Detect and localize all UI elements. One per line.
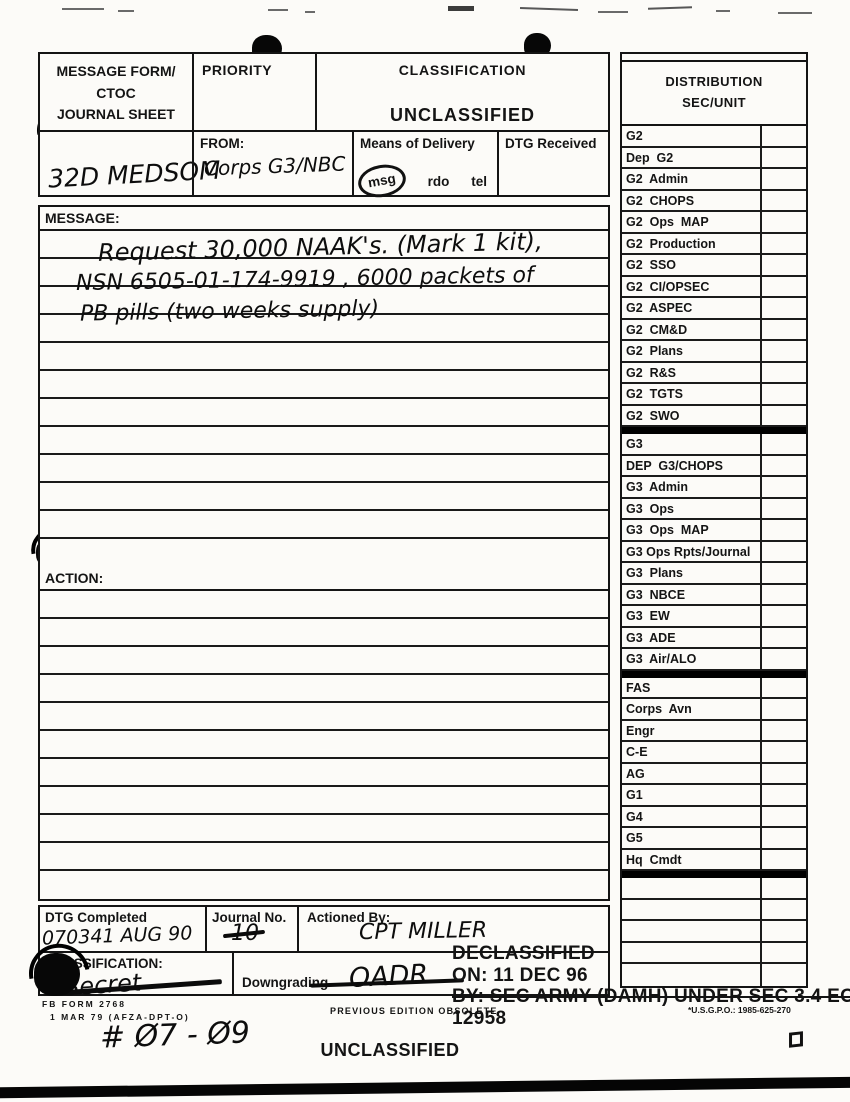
distribution-row: Engr bbox=[622, 721, 806, 743]
distribution-unit-label: Dep G2 bbox=[622, 148, 762, 168]
means-option-tel: tel bbox=[471, 174, 487, 189]
ruled-line bbox=[40, 731, 608, 759]
distribution-row: G2 SWO bbox=[622, 406, 806, 428]
distribution-check-cell bbox=[762, 878, 806, 898]
distribution-check-cell bbox=[762, 678, 806, 698]
distribution-check-cell bbox=[762, 563, 806, 583]
ruled-line bbox=[40, 703, 608, 731]
distribution-check-cell bbox=[762, 434, 806, 454]
ruled-line bbox=[40, 675, 608, 703]
classification-field: CLASSIFICATION UNCLASSIFIED bbox=[315, 54, 608, 130]
form-number-line1: FB FORM 2768 bbox=[42, 998, 190, 1011]
ruled-line bbox=[40, 871, 608, 899]
distribution-row: G3 Admin bbox=[622, 477, 806, 499]
distribution-row: G3 NBCE bbox=[622, 585, 806, 607]
distribution-rows: G2Dep G2G2 AdminG2 CHOPSG2 Ops MAPG2 Pro… bbox=[622, 126, 806, 986]
distribution-check-cell bbox=[762, 320, 806, 340]
bottom-unclassified-marking: UNCLASSIFIED bbox=[230, 1040, 550, 1061]
distribution-group-divider bbox=[622, 671, 806, 678]
classification-label: CLASSIFICATION bbox=[399, 62, 527, 78]
scan-noise bbox=[118, 10, 134, 12]
distribution-row: G2 bbox=[622, 126, 806, 148]
scan-noise bbox=[268, 9, 288, 11]
distribution-check-cell bbox=[762, 900, 806, 920]
ruled-line bbox=[40, 539, 608, 567]
priority-field: PRIORITY bbox=[192, 54, 315, 130]
distribution-row: Hq Cmdt bbox=[622, 850, 806, 872]
distribution-check-cell bbox=[762, 384, 806, 404]
flag-mark bbox=[789, 1031, 803, 1048]
distribution-row: AG bbox=[622, 764, 806, 786]
form-header-table: MESSAGE FORM/ CTOC JOURNAL SHEET PRIORIT… bbox=[38, 52, 610, 197]
distribution-unit-label: G3 Ops MAP bbox=[622, 520, 762, 540]
distribution-row: G3 bbox=[622, 434, 806, 456]
action-label: ACTION: bbox=[40, 567, 608, 591]
scan-noise bbox=[598, 11, 628, 13]
distribution-row: G2 R&S bbox=[622, 363, 806, 385]
distribution-row bbox=[622, 921, 806, 943]
distribution-row: G3 Ops bbox=[622, 499, 806, 521]
scanned-message-form-page: MESSAGE FORM/ CTOC JOURNAL SHEET PRIORIT… bbox=[0, 0, 850, 1102]
distribution-check-cell bbox=[762, 628, 806, 648]
distribution-unit-label: DEP G3/CHOPS bbox=[622, 456, 762, 476]
distribution-unit-label: G2 R&S bbox=[622, 363, 762, 383]
ruled-line bbox=[40, 787, 608, 815]
ruled-line bbox=[40, 591, 608, 619]
distribution-row: G3 Air/ALO bbox=[622, 649, 806, 671]
distribution-check-cell bbox=[762, 277, 806, 297]
distribution-check-cell bbox=[762, 649, 806, 669]
distribution-unit-label: G2 CM&D bbox=[622, 320, 762, 340]
distribution-unit-label: G3 Plans bbox=[622, 563, 762, 583]
distribution-unit-label: G5 bbox=[622, 828, 762, 848]
distribution-row: Corps Avn bbox=[622, 699, 806, 721]
ruled-line bbox=[40, 759, 608, 787]
distribution-unit-label: FAS bbox=[622, 678, 762, 698]
scan-noise bbox=[62, 8, 104, 10]
distribution-row: G2 Admin bbox=[622, 169, 806, 191]
distribution-unit-label: G3 Ops bbox=[622, 499, 762, 519]
distribution-group-divider bbox=[622, 427, 806, 434]
distribution-check-cell bbox=[762, 499, 806, 519]
distribution-check-cell bbox=[762, 341, 806, 361]
means-of-delivery-label: Means of Delivery bbox=[360, 136, 491, 151]
distribution-unit-label: G2 Plans bbox=[622, 341, 762, 361]
from-label: FROM: bbox=[200, 136, 352, 151]
distribution-check-cell bbox=[762, 585, 806, 605]
from-field: FROM: Corps G3/NBC bbox=[192, 132, 352, 195]
means-option-msg-circled: msg bbox=[356, 161, 409, 201]
distribution-check-cell bbox=[762, 921, 806, 941]
distribution-row: G4 bbox=[622, 807, 806, 829]
distribution-check-cell bbox=[762, 169, 806, 189]
distribution-check-cell bbox=[762, 807, 806, 827]
distribution-check-cell bbox=[762, 477, 806, 497]
scan-noise bbox=[778, 12, 812, 14]
form-title: MESSAGE FORM/ CTOC JOURNAL SHEET bbox=[40, 54, 192, 130]
distribution-row: G3 ADE bbox=[622, 628, 806, 650]
distribution-row: G1 bbox=[622, 785, 806, 807]
distribution-row: G2 ASPEC bbox=[622, 298, 806, 320]
originating-unit-cell: 32D MEDSOM bbox=[40, 132, 192, 195]
ruled-line bbox=[40, 427, 608, 455]
distribution-unit-label: G2 Ops MAP bbox=[622, 212, 762, 232]
distribution-check-cell bbox=[762, 542, 806, 562]
distribution-check-cell bbox=[762, 406, 806, 426]
distribution-unit-label bbox=[622, 921, 762, 941]
distribution-check-cell bbox=[762, 785, 806, 805]
distribution-check-cell bbox=[762, 742, 806, 762]
distribution-row: G2 Plans bbox=[622, 341, 806, 363]
ruled-line bbox=[40, 343, 608, 371]
distribution-row: G2 Ops MAP bbox=[622, 212, 806, 234]
distribution-check-cell bbox=[762, 298, 806, 318]
distribution-unit-label: G1 bbox=[622, 785, 762, 805]
distribution-unit-label: G3 EW bbox=[622, 606, 762, 626]
distribution-check-cell bbox=[762, 212, 806, 232]
ink-blob bbox=[34, 953, 80, 996]
distribution-unit-label: Hq Cmdt bbox=[622, 850, 762, 870]
distribution-check-cell bbox=[762, 520, 806, 540]
distribution-check-cell bbox=[762, 456, 806, 476]
distribution-unit-label: G3 Admin bbox=[622, 477, 762, 497]
distribution-row: G3 EW bbox=[622, 606, 806, 628]
means-of-delivery-field: Means of Delivery msg rdo tel bbox=[352, 132, 497, 195]
distribution-unit-label bbox=[622, 878, 762, 898]
distribution-row: G3 Ops Rpts/Journal bbox=[622, 542, 806, 564]
scan-artifact-bar bbox=[0, 1077, 850, 1099]
ruled-line bbox=[40, 843, 608, 871]
distribution-check-cell bbox=[762, 828, 806, 848]
distribution-check-cell bbox=[762, 234, 806, 254]
distribution-check-cell bbox=[762, 191, 806, 211]
priority-label: PRIORITY bbox=[202, 62, 272, 78]
declassified-line2: ON: 11 DEC 96 bbox=[452, 965, 850, 987]
ruled-line bbox=[40, 483, 608, 511]
ruled-line bbox=[40, 455, 608, 483]
distribution-row bbox=[622, 878, 806, 900]
distribution-check-cell bbox=[762, 126, 806, 146]
distribution-row: G3 Plans bbox=[622, 563, 806, 585]
distribution-group-divider bbox=[622, 871, 806, 878]
distribution-check-cell bbox=[762, 699, 806, 719]
ruled-line bbox=[40, 815, 608, 843]
declassification-stamp: DECLASSIFIED ON: 11 DEC 96 BY: SEC ARMY … bbox=[452, 943, 850, 1029]
ruled-line bbox=[40, 371, 608, 399]
message-handwriting-line3: PB pills (two weeks supply) bbox=[80, 296, 379, 326]
distribution-header-line1: DISTRIBUTION bbox=[622, 72, 806, 93]
form-title-line: CTOC bbox=[40, 83, 192, 105]
distribution-row: DEP G3/CHOPS bbox=[622, 456, 806, 478]
means-option-rdo: rdo bbox=[428, 174, 450, 189]
distribution-check-cell bbox=[762, 363, 806, 383]
distribution-unit-label: G2 bbox=[622, 126, 762, 146]
declassified-line1: DECLASSIFIED bbox=[452, 943, 850, 965]
dtg-received-label: DTG Received bbox=[505, 136, 608, 151]
distribution-check-cell bbox=[762, 764, 806, 784]
distribution-check-cell bbox=[762, 606, 806, 626]
message-action-box: MESSAGE: ACTION: Request 30,000 NAAK's. … bbox=[38, 205, 610, 901]
distribution-row: G2 CM&D bbox=[622, 320, 806, 342]
distribution-unit-label: G3 Ops Rpts/Journal bbox=[622, 542, 762, 562]
distribution-row: G2 CHOPS bbox=[622, 191, 806, 213]
form-title-line: JOURNAL SHEET bbox=[40, 104, 192, 126]
distribution-row: C-E bbox=[622, 742, 806, 764]
distribution-unit-label: G3 Air/ALO bbox=[622, 649, 762, 669]
ruled-line bbox=[40, 511, 608, 539]
distribution-row: G2 Production bbox=[622, 234, 806, 256]
classification-value: UNCLASSIFIED bbox=[390, 105, 535, 126]
scan-noise bbox=[648, 6, 692, 10]
distribution-check-cell bbox=[762, 148, 806, 168]
distribution-unit-label: Corps Avn bbox=[622, 699, 762, 719]
distribution-unit-label: G2 TGTS bbox=[622, 384, 762, 404]
dtg-received-field: DTG Received bbox=[497, 132, 608, 195]
previous-edition-note: PREVIOUS EDITION OBSOLETE bbox=[330, 1006, 498, 1016]
action-ruled-lines bbox=[40, 591, 608, 899]
distribution-row bbox=[622, 900, 806, 922]
downgrading-handwriting: OADR bbox=[348, 959, 429, 994]
ruled-line bbox=[40, 619, 608, 647]
distribution-row: G2 CI/OPSEC bbox=[622, 277, 806, 299]
distribution-unit-label: G2 SWO bbox=[622, 406, 762, 426]
distribution-unit-label: G2 CHOPS bbox=[622, 191, 762, 211]
scan-noise bbox=[448, 6, 474, 11]
distribution-row: G2 TGTS bbox=[622, 384, 806, 406]
scan-noise bbox=[520, 7, 578, 11]
distribution-unit-label: G2 ASPEC bbox=[622, 298, 762, 318]
scan-noise bbox=[305, 11, 315, 13]
distribution-unit-label: G3 NBCE bbox=[622, 585, 762, 605]
distribution-check-cell bbox=[762, 255, 806, 275]
form-title-line: MESSAGE FORM/ bbox=[40, 61, 192, 83]
distribution-row: G2 SSO bbox=[622, 255, 806, 277]
distribution-unit-label: G4 bbox=[622, 807, 762, 827]
distribution-unit-label: AG bbox=[622, 764, 762, 784]
document-number-handwriting: # Ø7 - Ø9 bbox=[99, 1015, 250, 1055]
ruled-line bbox=[40, 647, 608, 675]
distribution-unit-label bbox=[622, 900, 762, 920]
journal-no-field: Journal No. 10 bbox=[205, 907, 297, 951]
distribution-unit-label: G2 Production bbox=[622, 234, 762, 254]
distribution-header-line2: SEC/UNIT bbox=[622, 93, 806, 114]
distribution-row: Dep G2 bbox=[622, 148, 806, 170]
distribution-row: G3 Ops MAP bbox=[622, 520, 806, 542]
distribution-check-cell bbox=[762, 721, 806, 741]
distribution-unit-label: G2 SSO bbox=[622, 255, 762, 275]
from-handwriting: Corps G3/NBC bbox=[204, 152, 346, 181]
gpo-print-code: *U.S.G.P.O.: 1985-625-270 bbox=[688, 1005, 791, 1015]
distribution-unit-label: Engr bbox=[622, 721, 762, 741]
distribution-unit-label: G3 bbox=[622, 434, 762, 454]
distribution-table: DISTRIBUTION SEC/UNIT G2Dep G2G2 AdminG2… bbox=[620, 52, 808, 988]
distribution-top-strip bbox=[622, 54, 806, 62]
distribution-row: FAS bbox=[622, 678, 806, 700]
distribution-unit-label: C-E bbox=[622, 742, 762, 762]
distribution-check-cell bbox=[762, 850, 806, 870]
distribution-unit-label: G2 CI/OPSEC bbox=[622, 277, 762, 297]
distribution-header: DISTRIBUTION SEC/UNIT bbox=[622, 62, 806, 126]
distribution-row: G5 bbox=[622, 828, 806, 850]
actioned-by-handwriting: CPT MILLER bbox=[359, 918, 488, 945]
ruled-line bbox=[40, 399, 608, 427]
distribution-unit-label: G3 ADE bbox=[622, 628, 762, 648]
distribution-unit-label: G2 Admin bbox=[622, 169, 762, 189]
scan-noise bbox=[716, 10, 730, 12]
